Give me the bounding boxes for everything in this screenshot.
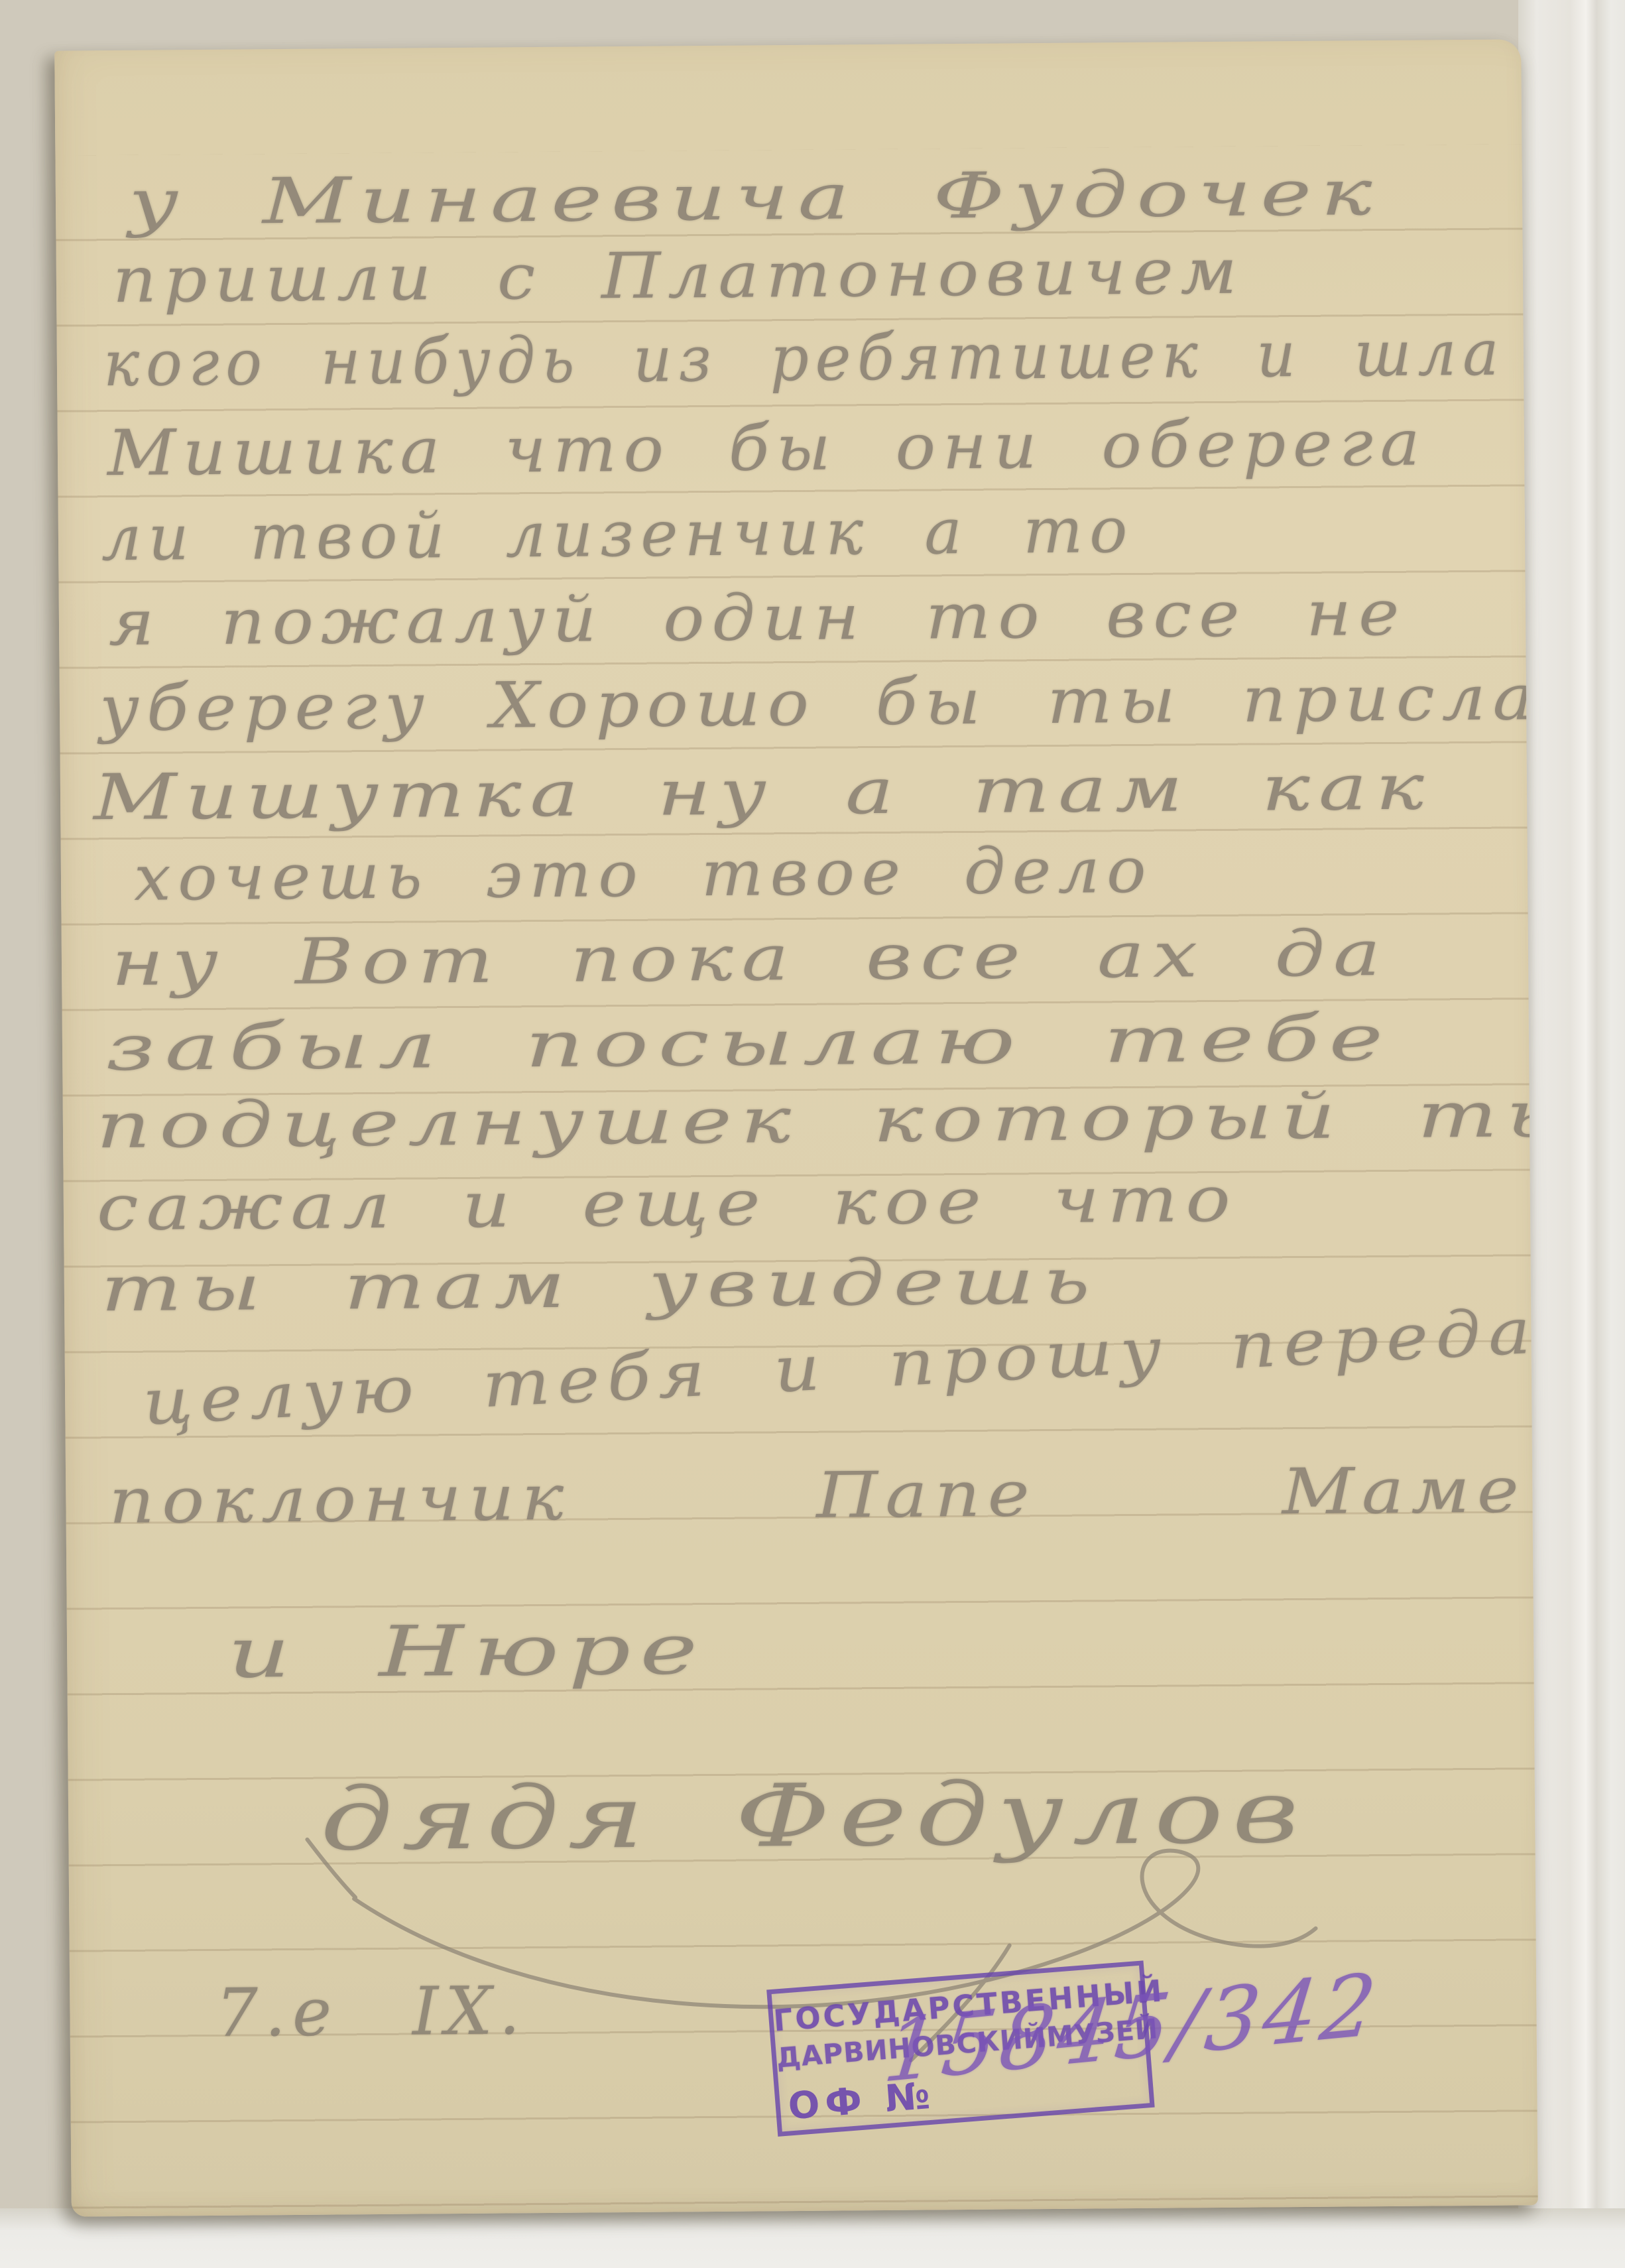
handwriting-line: подцелнушек который ты: [96, 1078, 1538, 1163]
handwriting-line: и Нюре: [227, 1609, 707, 1694]
handwriting-line: я пожалуй один то все не: [109, 577, 1407, 660]
letter-page: у Минаевича Фудочекпришли с Платоновичем…: [54, 39, 1538, 2216]
handwriting-line: Мишика что бы они оберега: [107, 407, 1427, 490]
handwriting-block: у Минаевича Фудочекпришли с Платоновичем…: [54, 39, 1521, 50]
handwriting-line: дядя Федулов: [320, 1761, 1308, 1870]
handwriting-line: ты там увидешь: [100, 1245, 1099, 1326]
handwriting-line: хочешь это твое дело: [134, 834, 1154, 915]
handwriting-line: 7.е IX.: [215, 1972, 527, 2052]
handwriting-line: Мишутка ну а там как: [93, 751, 1433, 834]
handwriting-line: поклончик Папе Маме: [109, 1454, 1526, 1538]
white-sheet-bottom-edge: [0, 2208, 1625, 2268]
handwriting-line: забыл посылаю тебе: [105, 1002, 1393, 1085]
handwriting-line: кого нибудь из ребятишек и шла: [103, 317, 1505, 401]
handwriting-line: сажал и еще кое что: [96, 1163, 1238, 1245]
handwriting-line: ли твой лизенчик а то: [101, 494, 1134, 575]
scan-background: { "document": { "kind": "handwritten let…: [0, 0, 1625, 2268]
handwriting-line: уберегу Хорошо бы ты прислал: [99, 661, 1538, 746]
handwriting-line: ну Вот пока все ах да: [111, 917, 1390, 1000]
handwriting-line: пришли с Платоновичем: [112, 235, 1244, 317]
handwriting-line: у Минаевича Фудочек: [129, 157, 1382, 239]
